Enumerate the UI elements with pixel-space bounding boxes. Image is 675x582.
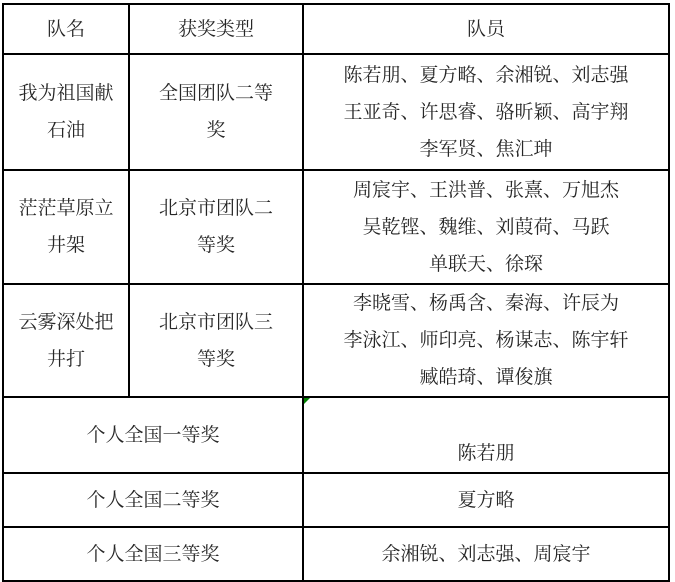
- individual-members-cell: 陈若朋: [303, 397, 669, 473]
- individual-row: 个人全国二等奖 夏方略: [3, 473, 669, 527]
- header-cell-team-name: 队名: [3, 4, 129, 54]
- page: 队名 获奖类型 队员 我为祖国献 石油 全国团队二等 奖 陈若朋、夏方略、余湘锐…: [0, 0, 675, 571]
- cell-error-marker-icon: [304, 398, 310, 404]
- members-cell: 周宸宇、王洪普、张熹、万旭杰 吴乾铿、魏维、刘葭荷、马跃 单联天、徐琛: [303, 170, 669, 284]
- header-cell-members: 队员: [303, 4, 669, 54]
- award-table: 队名 获奖类型 队员 我为祖国献 石油 全国团队二等 奖 陈若朋、夏方略、余湘锐…: [2, 3, 670, 582]
- individual-award-cell: 个人全国一等奖: [3, 397, 303, 473]
- team-name-cell: 茫茫草原立 井架: [3, 170, 129, 284]
- individual-members-text: 陈若朋: [457, 442, 514, 464]
- team-row: 茫茫草原立 井架 北京市团队二 等奖 周宸宇、王洪普、张熹、万旭杰 吴乾铿、魏维…: [3, 170, 669, 284]
- individual-row: 个人全国一等奖 陈若朋: [3, 397, 669, 473]
- header-cell-award-type: 获奖类型: [129, 4, 303, 54]
- members-cell: 李晓雪、杨禹含、秦海、许辰为 李泳江、师印亮、杨谋志、陈宇轩 臧皓琦、谭俊旗: [303, 284, 669, 397]
- award-type-cell: 北京市团队二 等奖: [129, 170, 303, 284]
- members-cell: 陈若朋、夏方略、余湘锐、刘志强 王亚奇、许思睿、骆昕颖、高宇翔 李军贤、焦汇珅: [303, 54, 669, 170]
- team-row: 我为祖国献 石油 全国团队二等 奖 陈若朋、夏方略、余湘锐、刘志强 王亚奇、许思…: [3, 54, 669, 170]
- individual-members-cell: 夏方略: [303, 473, 669, 527]
- header-row: 队名 获奖类型 队员: [3, 4, 669, 54]
- award-type-cell: 北京市团队三 等奖: [129, 284, 303, 397]
- award-type-cell: 全国团队二等 奖: [129, 54, 303, 170]
- individual-row: 个人全国三等奖 余湘锐、刘志强、周宸宇: [3, 527, 669, 581]
- team-name-cell: 云雾深处把 井打: [3, 284, 129, 397]
- individual-members-cell: 余湘锐、刘志强、周宸宇: [303, 527, 669, 581]
- team-row: 云雾深处把 井打 北京市团队三 等奖 李晓雪、杨禹含、秦海、许辰为 李泳江、师印…: [3, 284, 669, 397]
- individual-award-cell: 个人全国二等奖: [3, 473, 303, 527]
- individual-award-cell: 个人全国三等奖: [3, 527, 303, 581]
- team-name-cell: 我为祖国献 石油: [3, 54, 129, 170]
